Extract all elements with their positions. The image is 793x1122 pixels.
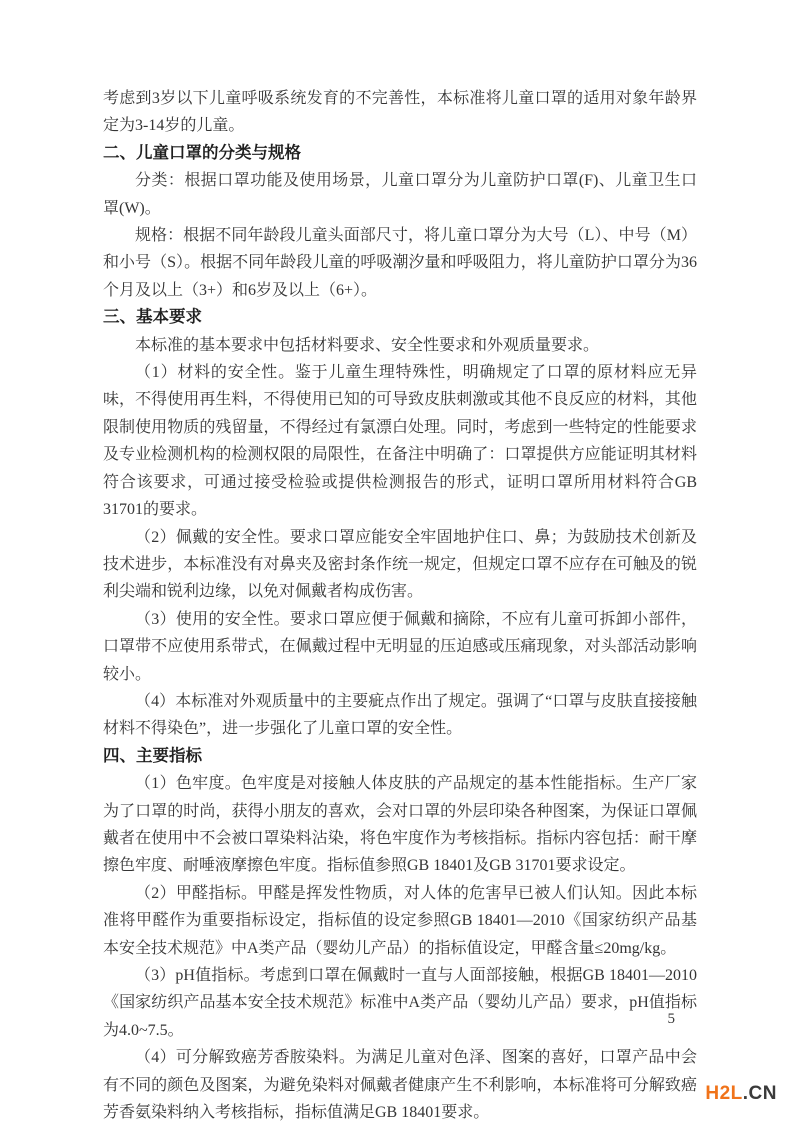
logo-text-secondary: .CN bbox=[743, 1083, 777, 1104]
h2l-watermark-logo: H2L.CN bbox=[705, 1083, 777, 1105]
paragraph-continuation: 考虑到3岁以下儿童呼吸系统发育的不完善性，本标准将儿童口罩的适用对象年龄界定为3… bbox=[103, 85, 697, 140]
logo-text-primary: H2L bbox=[705, 1083, 742, 1104]
paragraph-specification: 规格：根据不同年龄段儿童头面部尺寸，将儿童口罩分为大号（L）、中号（M）和小号（… bbox=[103, 222, 697, 304]
paragraph-color-fastness: （1）色牢度。色牢度是对接触人体皮肤的产品规定的基本性能指标。生产厂家为了口罩的… bbox=[103, 770, 697, 880]
paragraph-formaldehyde: （2）甲醛指标。甲醛是挥发性物质，对人体的危害早已被人们认知。因此本标准将甲醛作… bbox=[103, 880, 697, 962]
paragraph-appearance-quality: （4）本标准对外观质量中的主要疵点作出了规定。强调了“口罩与皮肤直接接触材料不得… bbox=[103, 688, 697, 743]
paragraph-aromatic-amine-dyes: （4）可分解致癌芳香胺染料。为满足儿童对色泽、图案的喜好，口罩产品中会有不同的颜… bbox=[103, 1044, 697, 1122]
paragraph-wearing-safety: （2）佩戴的安全性。要求口罩应能安全牢固地护住口、鼻；为鼓励技术创新及技术进步，… bbox=[103, 524, 697, 606]
section-heading-3: 三、基本要求 bbox=[103, 304, 697, 331]
paragraph-basic-requirements-intro: 本标准的基本要求中包括材料要求、安全性要求和外观质量要求。 bbox=[103, 332, 697, 359]
section-heading-4: 四、主要指标 bbox=[103, 743, 697, 770]
document-page: 考虑到3岁以下儿童呼吸系统发育的不完善性，本标准将儿童口罩的适用对象年龄界定为3… bbox=[0, 0, 793, 1122]
document-body: 考虑到3岁以下儿童呼吸系统发育的不完善性，本标准将儿童口罩的适用对象年龄界定为3… bbox=[103, 85, 697, 1122]
paragraph-classification: 分类：根据口罩功能及使用场景，儿童口罩分为儿童防护口罩(F)、儿童卫生口罩(W)… bbox=[103, 167, 697, 222]
paragraph-usage-safety: （3）使用的安全性。要求口罩应便于佩戴和摘除，不应有儿童可拆卸小部件，口罩带不应… bbox=[103, 606, 697, 688]
section-heading-2: 二、儿童口罩的分类与规格 bbox=[103, 140, 697, 167]
paragraph-ph-value: （3）pH值指标。考虑到口罩在佩戴时一直与人面部接触，根据GB 18401—20… bbox=[103, 962, 697, 1044]
paragraph-material-safety: （1）材料的安全性。鉴于儿童生理特殊性，明确规定了口罩的原材料应无异味，不得使用… bbox=[103, 359, 697, 523]
page-number: 5 bbox=[103, 1011, 697, 1028]
